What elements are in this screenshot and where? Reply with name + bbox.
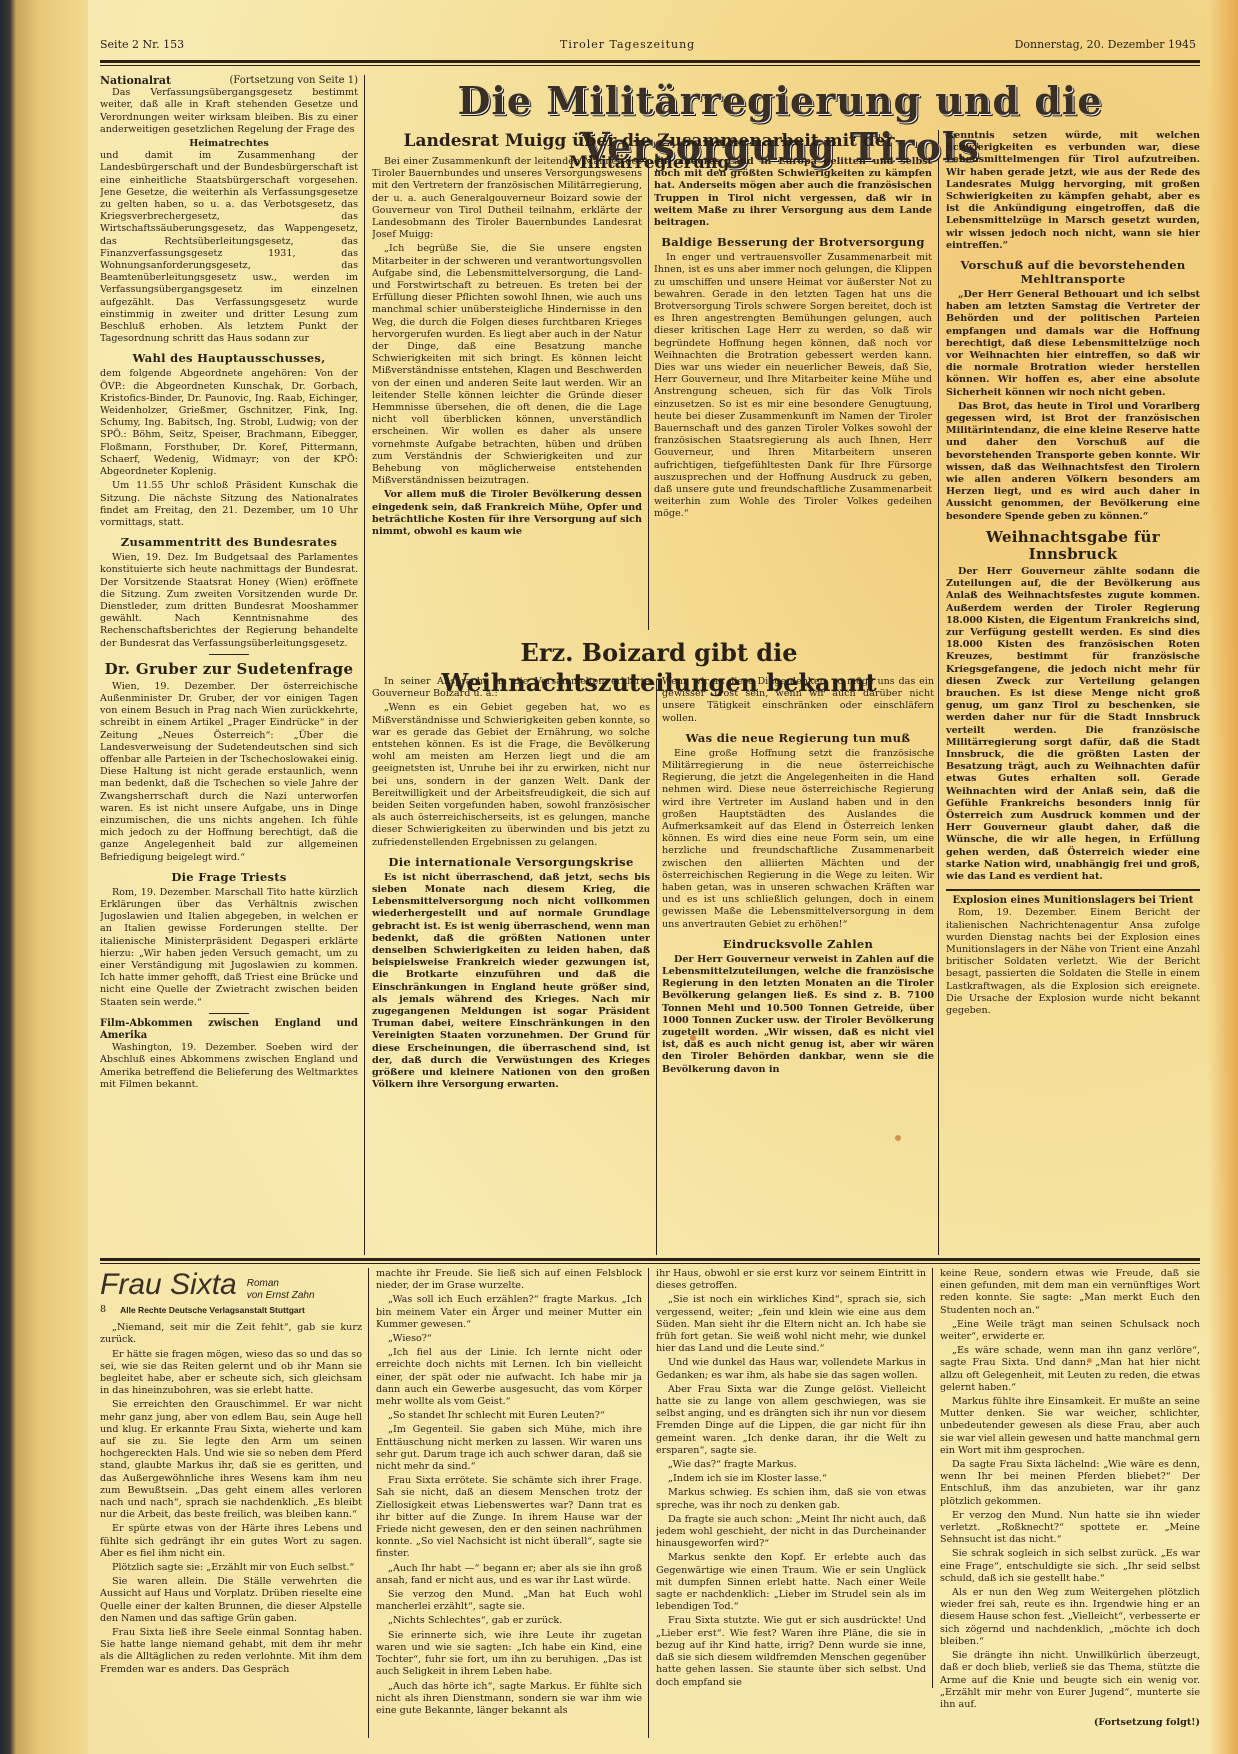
article-paragraph: Eine große Hoffnung setzt die französisc… bbox=[662, 748, 934, 931]
ink-stain bbox=[690, 1035, 696, 1041]
novel-paragraph: „Niemand, seit mir die Zeit fehlt“, gab … bbox=[100, 1322, 362, 1346]
novel-paragraph: keine Reue, sondern etwas wie Freude, da… bbox=[940, 1268, 1200, 1317]
novel-text: ihr Haus, obwohl er sie erst kurz vor se… bbox=[656, 1268, 926, 1689]
book-binding-edge bbox=[0, 0, 88, 1754]
section-subhead: Eindrucksvolle Zahlen bbox=[662, 937, 934, 951]
novel-masthead: Frau Sixta Roman von Ernst Zahn bbox=[100, 1268, 362, 1302]
novel-paragraph: „Nichts Schlechtes“, gab er zurück. bbox=[376, 1615, 642, 1627]
novel-column-4: keine Reue, sondern etwas wie Freude, da… bbox=[940, 1268, 1200, 1738]
article-paragraph: Um 11.55 Uhr schloß Präsident Kunschak d… bbox=[100, 480, 358, 529]
explosion-headline: Explosion eines Munitionslagers bei Trie… bbox=[946, 895, 1200, 907]
novel-paragraph: „Wieso?“ bbox=[376, 1333, 642, 1345]
section-subhead: Die internationale Versorgungskrise bbox=[372, 855, 650, 869]
article-paragraph: In seiner Ansprache an die Versammelten … bbox=[372, 676, 650, 700]
article-paragraph: Vor allem muß die Tiroler Bevölkerung de… bbox=[372, 489, 642, 538]
novel-paragraph: „Es wäre schade, wenn man ihn ganz verlö… bbox=[940, 1345, 1200, 1394]
gruber-headline: Dr. Gruber zur Sudetenfrage bbox=[100, 661, 358, 678]
novel-paragraph: „Wie das?“ fragte Markus. bbox=[656, 1459, 926, 1471]
article-paragraph: Wenn wir an diese Dinge denken, so möge … bbox=[662, 676, 934, 725]
section-subhead: Weihnachtsgabe für Innsbruck bbox=[946, 529, 1200, 563]
novel-paragraph: Sie drängte ihn nicht. Unwillkürlich übe… bbox=[940, 1650, 1200, 1711]
novel-paragraph: Und wie dunkel das Haus war, vollendete … bbox=[656, 1357, 926, 1381]
issue-date: Donnerstag, 20. Dezember 1945 bbox=[1015, 38, 1196, 51]
novel-paragraph: Plötzlich sagte sie: „Erzählt mir von Eu… bbox=[100, 1562, 362, 1574]
column-divider bbox=[648, 160, 649, 630]
novel-paragraph: Sie schrak sogleich in sich selbst zurüc… bbox=[940, 1548, 1200, 1585]
novel-byline: Roman von Ernst Zahn bbox=[247, 1278, 315, 1302]
article-paragraph: Der Herr Gouverneur verweist in Zahlen a… bbox=[662, 954, 934, 1076]
novel-paragraph: „Auch Ihr habt —“ begann er; aber als si… bbox=[376, 1563, 642, 1587]
article-paragraph: „Der Herr General Bethouart und ich selb… bbox=[946, 289, 1200, 399]
triest-headline: Die Frage Triests bbox=[100, 870, 358, 884]
article-paragraph: Rom, 19. Dezember. Einem Bericht der ita… bbox=[946, 907, 1200, 1017]
continuation-notice: (Fortsetzung folgt!) bbox=[940, 1717, 1200, 1729]
novel-paragraph: Frau Sixta ließ ihre Seele einmal Sonnta… bbox=[100, 1627, 362, 1676]
novel-paragraph: „Ich fiel aus der Linie. Ich lernte nich… bbox=[376, 1347, 642, 1408]
bundesrat-headline: Zusammentritt des Bundesrates bbox=[100, 535, 358, 549]
novel-paragraph: machte ihr Freude. Sie ließ sich auf ein… bbox=[376, 1268, 642, 1292]
section-rule bbox=[946, 889, 1200, 891]
novel-paragraph: „Auch das hörte ich“, sagte Markus. Er f… bbox=[376, 1681, 642, 1718]
rights-notice: Alle Rechte Deutsche Verlagsanstalt Stut… bbox=[120, 1304, 305, 1316]
short-rule bbox=[209, 1013, 249, 1014]
article-paragraph: Washington, 19. Dezember. Soeben wird de… bbox=[100, 1042, 358, 1091]
novel-paragraph: Sie verzog den Mund. „Man hat Euch wohl … bbox=[376, 1589, 642, 1613]
novel-paragraph: „Was soll ich Euch erzählen?“ fragte Mar… bbox=[376, 1294, 642, 1331]
novel-paragraph: „Im Gegenteil. Sie gaben sich Mühe, mich… bbox=[376, 1424, 642, 1473]
novel-paragraph: Markus senkte den Kopf. Er erlebte auch … bbox=[656, 1552, 926, 1613]
newspaper-page: Seite 2 Nr. 153 Tiroler Tageszeitung Don… bbox=[100, 20, 1200, 1740]
article-paragraph: Das Verfassungsübergangsgesetz bestimmt … bbox=[100, 87, 358, 136]
article-paragraph: ein anderes Land in Europa gelitten und … bbox=[654, 156, 932, 229]
page-number: Seite 2 Nr. 153 bbox=[100, 38, 184, 51]
novel-title: Frau Sixta bbox=[100, 1268, 237, 1302]
novel-paragraph: Sie waren allein. Die Ställe verwehrten … bbox=[100, 1576, 362, 1625]
article-paragraph: Bei einer Zusammenkunft der leitenden Mä… bbox=[372, 156, 642, 241]
article-paragraph: Wien, 19. Dez. Im Budgetsaal des Parlame… bbox=[100, 552, 358, 650]
novel-column-3: ihr Haus, obwohl er sie erst kurz vor se… bbox=[656, 1268, 926, 1738]
article-paragraph: „Ich begrüße Sie, die Sie unsere engsten… bbox=[372, 243, 642, 487]
novel-paragraph: Aber Frau Sixta war die Zunge gelöst. Vi… bbox=[656, 1384, 926, 1457]
article-paragraph: dem folgende Abgeordnete angehören: Von … bbox=[100, 368, 358, 478]
muigg-column-1: Bei einer Zusammenkunft der leitenden Mä… bbox=[372, 156, 642, 631]
novel-paragraph: „Sie ist noch ein wirkliches Kind“, spra… bbox=[656, 1294, 926, 1355]
novel-author: von Ernst Zahn bbox=[247, 1290, 315, 1302]
nationalrat-title: Nationalrat bbox=[100, 75, 171, 87]
column-divider bbox=[368, 1268, 369, 1738]
novel-text: „Niemand, seit mir die Zeit fehlt“, gab … bbox=[100, 1322, 362, 1676]
novel-paragraph: Markus schwieg. Es schien ihm, daß sie v… bbox=[656, 1487, 926, 1511]
novel-paragraph: Markus fühlte ihre Einsamkeit. Er mußte … bbox=[940, 1396, 1200, 1457]
column-divider bbox=[364, 75, 365, 1255]
novel-paragraph: Frau Sixta stutzte. Wie gut er sich ausd… bbox=[656, 1615, 926, 1688]
feuilleton-rule bbox=[100, 1258, 1200, 1264]
left-column: Nationalrat (Fortsetzung von Seite 1) Da… bbox=[100, 75, 358, 1250]
novel-paragraph: ihr Haus, obwohl er sie erst kurz vor se… bbox=[656, 1268, 926, 1292]
article-paragraph: „Wenn es ein Gebiet gegeben hat, wo es M… bbox=[372, 702, 650, 848]
column-divider bbox=[932, 1268, 933, 1688]
novel-paragraph: „Indem ich sie im Kloster lasse.“ bbox=[656, 1473, 926, 1485]
article-paragraph: Rom, 19. Dezember. Marschall Tito hatte … bbox=[100, 887, 358, 1009]
article-paragraph: Es ist nicht überraschend, daß jetzt, se… bbox=[372, 872, 650, 1092]
column-divider bbox=[656, 680, 657, 1255]
novel-paragraph: Er hätte sie fragen mögen, wieso das so … bbox=[100, 1349, 362, 1398]
boizard-column-1: In seiner Ansprache an die Versammelten … bbox=[372, 676, 650, 1254]
novel-meta: 8 Alle Rechte Deutsche Verlagsanstalt St… bbox=[100, 1304, 362, 1316]
page-edge-shadow bbox=[1208, 0, 1238, 1754]
boizard-column-2: Wenn wir an diese Dinge denken, so möge … bbox=[662, 676, 934, 1254]
right-column: Kenntnis setzen würde, mit welchen Schwi… bbox=[946, 130, 1200, 1255]
section-subhead: Wahl des Hauptausschusses, bbox=[100, 351, 358, 365]
novel-genre: Roman bbox=[247, 1278, 315, 1290]
section-subhead: Baldige Besserung der Brotversorgung bbox=[654, 235, 932, 249]
ink-stain bbox=[895, 1135, 901, 1141]
novel-text: machte ihr Freude. Sie ließ sich auf ein… bbox=[376, 1268, 642, 1717]
header-rule bbox=[100, 60, 1200, 66]
article-paragraph: und damit im Zusammenhang der Landesbürg… bbox=[100, 150, 358, 345]
novel-column-2: machte ihr Freude. Sie ließ sich auf ein… bbox=[376, 1268, 642, 1738]
novel-paragraph: Als er nun den Weg zum Weitergehen plötz… bbox=[940, 1587, 1200, 1648]
ink-stain bbox=[1087, 1358, 1092, 1363]
novel-paragraph: Da fragte sie auch schon: „Meint Ihr nic… bbox=[656, 1514, 926, 1551]
novel-paragraph: Er spürte etwas von der Härte ihres Lebe… bbox=[100, 1523, 362, 1560]
section-subhead: Was die neue Regierung tun muß bbox=[662, 731, 934, 745]
page-header: Seite 2 Nr. 153 Tiroler Tageszeitung Don… bbox=[100, 38, 1200, 58]
novel-paragraph: „So standet Ihr schlecht mit Euren Leute… bbox=[376, 1410, 642, 1422]
article-paragraph: Kenntnis setzen würde, mit welchen Schwi… bbox=[946, 130, 1200, 252]
article-paragraph: Wien, 19. Dezember. Der österreichische … bbox=[100, 681, 358, 864]
nationalrat-header: Nationalrat (Fortsetzung von Seite 1) bbox=[100, 75, 358, 87]
installment-number: 8 bbox=[100, 1304, 106, 1316]
novel-paragraph: Er verzog den Mund. Nun hatte sie ihn wi… bbox=[940, 1510, 1200, 1547]
short-rule bbox=[209, 654, 249, 655]
novel-paragraph: „Eine Weile trägt man seinen Schulsack n… bbox=[940, 1319, 1200, 1343]
article-paragraph: Der Herr Gouverneur zählte sodann die Zu… bbox=[946, 566, 1200, 883]
novel-paragraph: Sie erreichten den Grauschimmel. Er war … bbox=[100, 1399, 362, 1521]
article-paragraph: Das Brot, das heute in Tirol und Vorarlb… bbox=[946, 401, 1200, 523]
continuation-note: (Fortsetzung von Seite 1) bbox=[229, 75, 358, 87]
section-subhead: Vorschuß auf die bevorstehenden Mehltran… bbox=[946, 258, 1200, 286]
novel-text: keine Reue, sondern etwas wie Freude, da… bbox=[940, 1268, 1200, 1711]
muigg-column-2: ein anderes Land in Europa gelitten und … bbox=[654, 156, 932, 631]
novel-column-1: Frau Sixta Roman von Ernst Zahn 8 Alle R… bbox=[100, 1268, 362, 1738]
novel-paragraph: Sie erinnerte sich, wie ihre Leute ihr z… bbox=[376, 1630, 642, 1679]
film-headline: Film-Abkommen zwischen England und Ameri… bbox=[100, 1018, 358, 1042]
section-subhead: Heimatrechtes bbox=[100, 138, 358, 150]
column-divider bbox=[648, 1268, 649, 1738]
novel-paragraph: Da sagte Frau Sixta lächelnd: „Wie wäre … bbox=[940, 1459, 1200, 1508]
novel-paragraph: Frau Sixta errötete. Sie schämte sich ih… bbox=[376, 1475, 642, 1560]
newspaper-name: Tiroler Tageszeitung bbox=[560, 38, 695, 51]
article-paragraph: In enger und vertrauensvoller Zusammenar… bbox=[654, 252, 932, 520]
